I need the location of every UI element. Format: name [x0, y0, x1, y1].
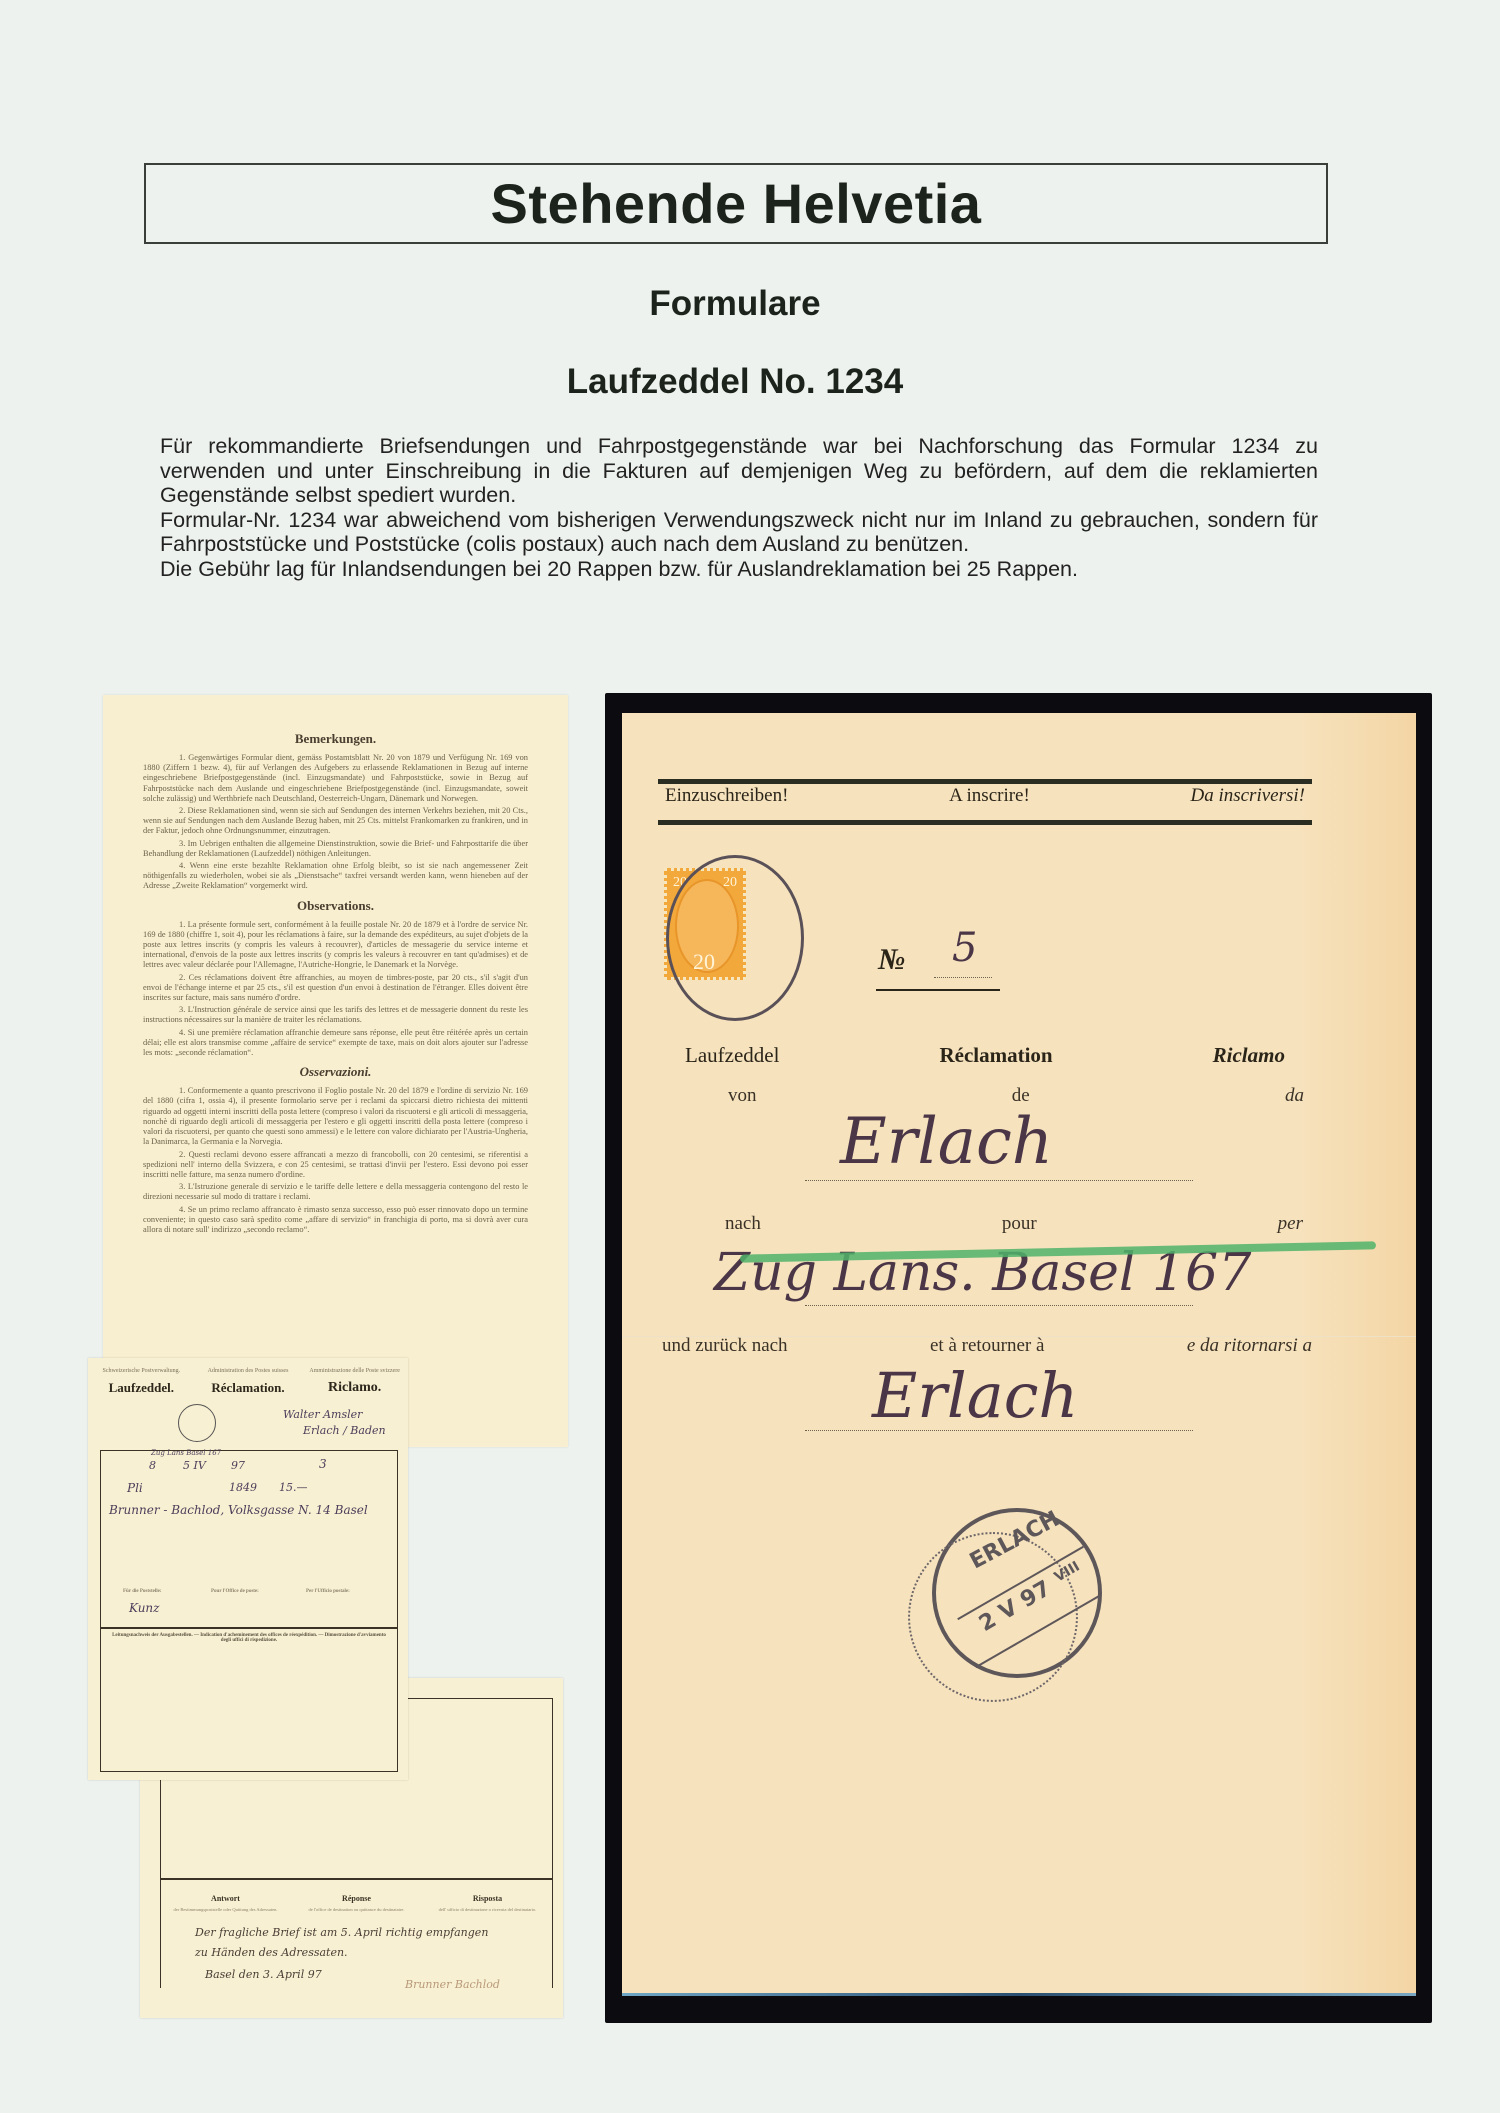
handwritten-response: Basel den 3. April 97	[205, 1968, 322, 1981]
handwritten-response: zu Händen des Adressaten.	[195, 1946, 348, 1959]
remark: 1. Gegenwärtiges Formular dient, gemäss …	[143, 753, 528, 804]
remark: 3. L'Istruzione generale di servizio e l…	[143, 1182, 528, 1202]
handwritten-signature: Kunz	[129, 1601, 159, 1615]
description-paragraph: Für rekommandierte Briefsendungen und Fa…	[160, 434, 1318, 508]
subtitle: Formulare	[0, 284, 1470, 324]
remark: 2. Questi reclami devono essere affranca…	[143, 1150, 528, 1181]
postmark-icon	[666, 855, 804, 1021]
title-fr: Réclamation	[939, 1043, 1052, 1068]
mini-title-de: Laufzeddel.	[93, 1380, 189, 1396]
response-column: Risposta dell' ufficio di destinazione o…	[422, 1880, 553, 1912]
description: Für rekommandierte Briefsendungen und Fa…	[160, 434, 1318, 581]
remark: 1. Conformemente a quanto prescrivono il…	[143, 1086, 528, 1147]
number-value: 5	[952, 925, 977, 971]
remark: 4. Si une première réclamation affranchi…	[143, 1028, 528, 1059]
remark: 2. Diese Reklamationen sind, wenn sie si…	[143, 806, 528, 837]
remark: 4. Wenn eine erste bezahlte Reklamation …	[143, 861, 528, 892]
section-heading-de: Bemerkungen.	[143, 731, 528, 747]
title-it: Riclamo	[1213, 1043, 1285, 1068]
response-column: Antwort der Bestimmungspoststelle oder Q…	[160, 1880, 291, 1912]
laufzeddel-form: Einzuschreiben! A inscrire! Da inscriver…	[622, 713, 1416, 1996]
description-paragraph: Formular-Nr. 1234 war abweichend vom bis…	[160, 508, 1318, 557]
mini-postmark-icon	[178, 1404, 216, 1442]
from-labels: von de da	[728, 1085, 1304, 1107]
response-columns: Antwort der Bestimmungspoststelle oder Q…	[160, 1878, 553, 1912]
handwritten-address: Brunner - Bachlod, Volksgasse N. 14 Base…	[109, 1503, 368, 1517]
handwritten-response: Der fragliche Brief ist am 5. April rich…	[195, 1926, 488, 1939]
section-heading-it: Osservazioni.	[143, 1064, 528, 1080]
title-de: Laufzeddel	[685, 1043, 779, 1068]
to-labels: nach pour per	[725, 1213, 1303, 1235]
remark: 2. Ces réclamations doivent être affranc…	[143, 973, 528, 1004]
page-title-box: Stehende Helvetia	[144, 163, 1328, 244]
handwritten-name: Walter Amsler	[283, 1408, 362, 1421]
remark: 3. L'Instruction générale de service ain…	[143, 1005, 528, 1025]
register-label-fr: A inscrire!	[949, 785, 1030, 807]
erlach-postmark-icon: ERLACH 2 V 97 VIII	[932, 1508, 1102, 1678]
response-column: Réponse de l'office de destination ou qu…	[291, 1880, 422, 1912]
register-label-de: Einzuschreiben!	[665, 785, 788, 807]
remark: 1. La présente formule sert, conformémen…	[143, 920, 528, 971]
form-front-thumbnail: Schweizerische Postverwaltung. Laufzedde…	[88, 1358, 408, 1780]
from-value: Erlach	[840, 1105, 1053, 1179]
remark: 3. Im Uebrigen enthalten die allgemeine …	[143, 839, 528, 859]
mini-title-it: Riclamo.	[307, 1380, 403, 1396]
mini-form-header: Schweizerische Postverwaltung. Laufzedde…	[88, 1358, 408, 1396]
section-title: Laufzeddel No. 1234	[0, 362, 1470, 402]
register-label-it: Da inscriversi!	[1190, 785, 1305, 807]
number-label: №	[878, 943, 905, 977]
divider	[658, 779, 1312, 784]
remark: 4. Se un primo reclamo affrancato è rima…	[143, 1205, 528, 1236]
section-heading-fr: Observations.	[143, 898, 528, 914]
handwritten-signature: Brunner Bachlod	[405, 1978, 500, 1991]
divider	[658, 820, 1312, 825]
description-paragraph: Die Gebühr lag für Inlandsendungen bei 2…	[160, 557, 1318, 582]
form-back-side: Bemerkungen. 1. Gegenwärtiges Formular d…	[103, 695, 568, 1447]
handwritten-place: Erlach / Baden	[303, 1424, 386, 1437]
mini-title-fr: Réclamation.	[200, 1380, 296, 1396]
page-title: Stehende Helvetia	[491, 171, 982, 236]
form-titles: Laufzeddel Réclamation Riclamo	[685, 1043, 1285, 1068]
mini-form-box: Zug Lans Basel 167 8 5 IV 97 3 Pli 1849 …	[100, 1450, 398, 1772]
register-labels: Einzuschreiben! A inscrire! Da inscriver…	[665, 785, 1305, 807]
return-labels: und zurück nach et à retourner à e da ri…	[662, 1335, 1312, 1357]
return-value: Erlach	[872, 1359, 1078, 1432]
